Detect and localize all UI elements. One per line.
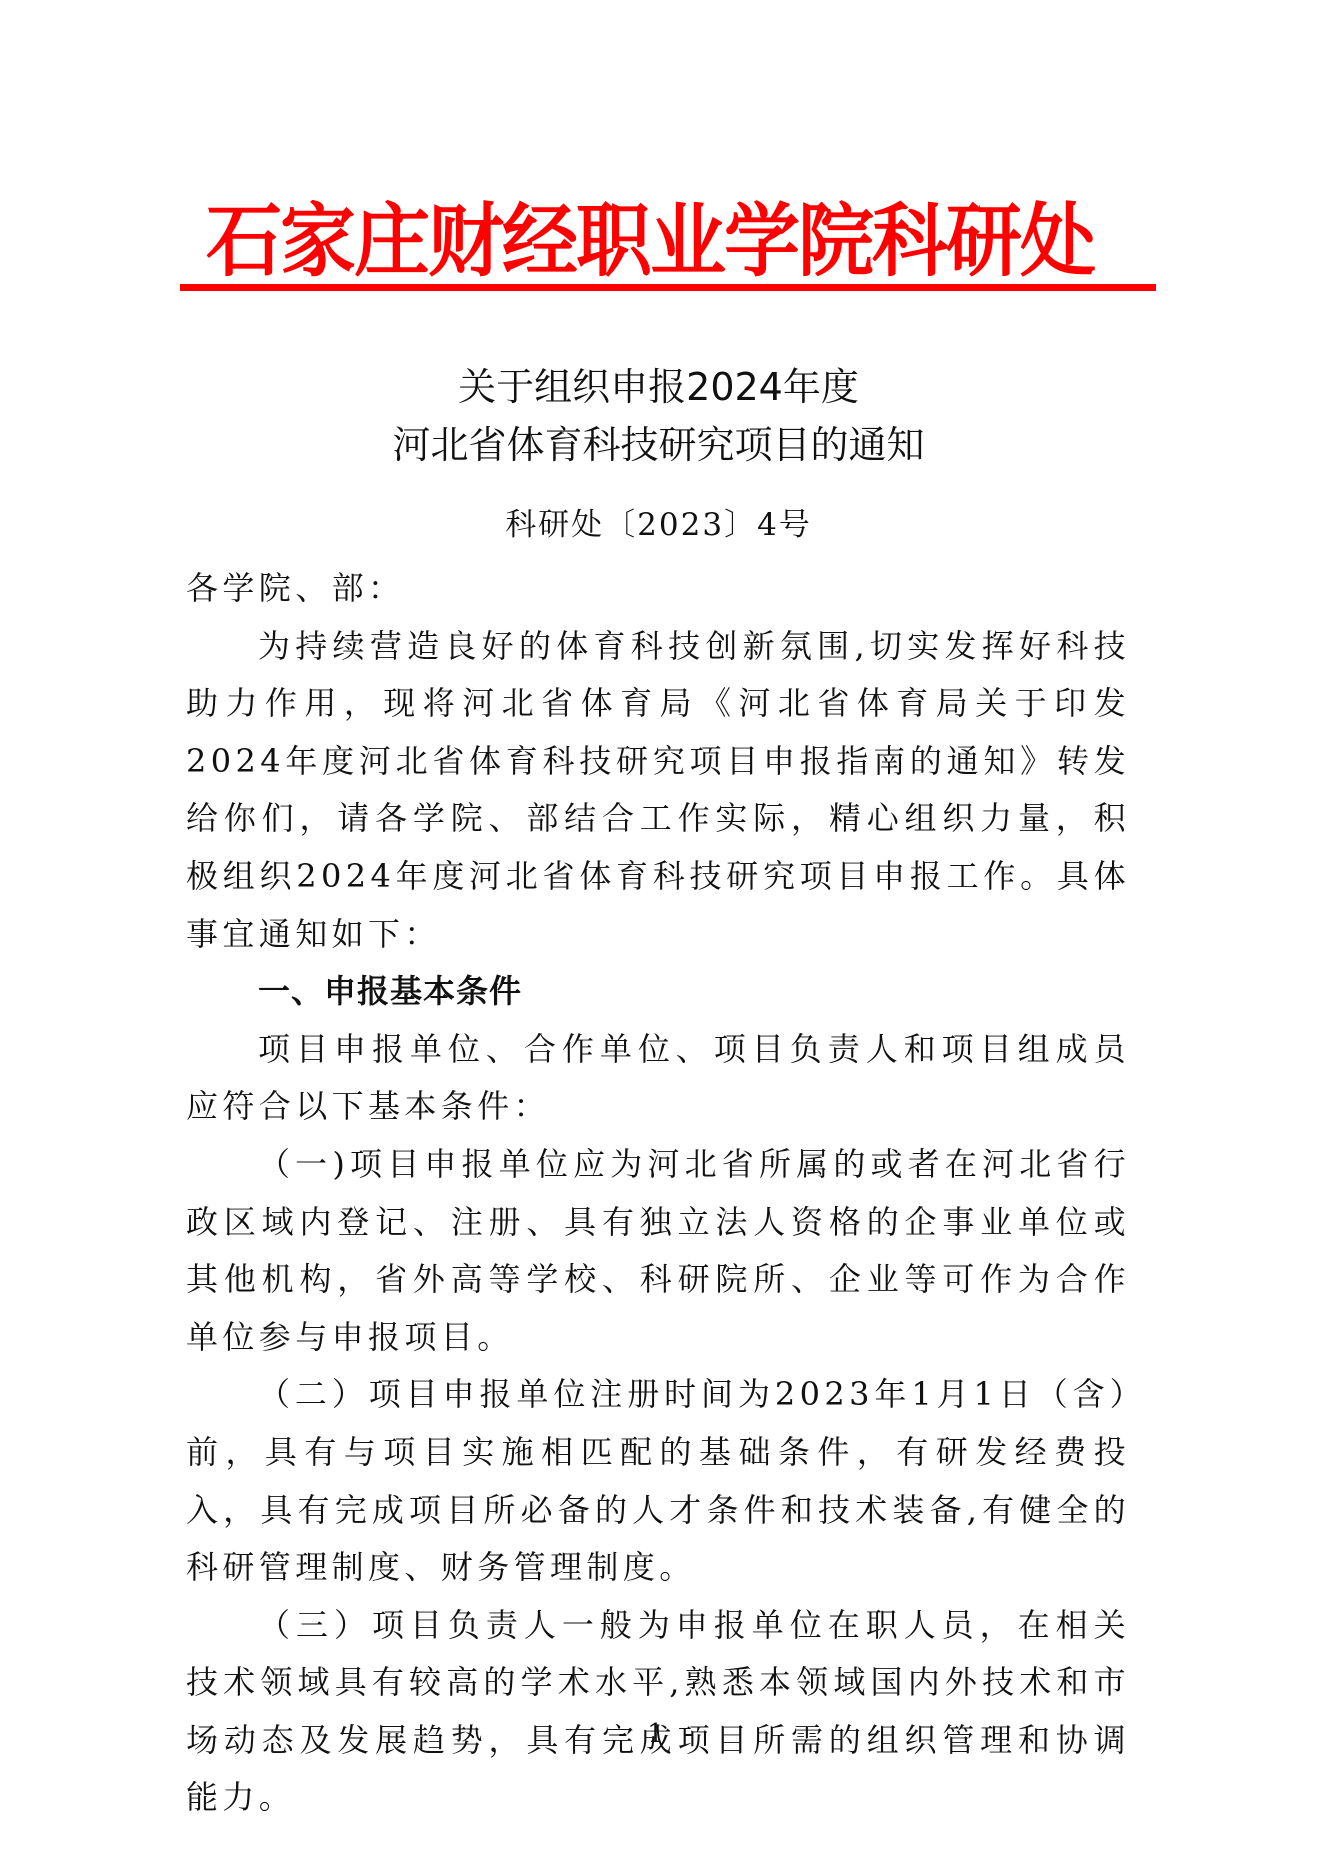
condition-2-paragraph: （二）项目申报单位注册时间为2023年1月1日（含）前，具有与项目实施相匹配的基… bbox=[186, 1366, 1130, 1596]
notice-title-line-1: 关于组织申报2024年度 bbox=[0, 358, 1317, 416]
notice-title: 关于组织申报2024年度 河北省体育科技研究项目的通知 bbox=[0, 358, 1317, 474]
masthead-title: 石家庄财经职业学院科研处 bbox=[190, 194, 1110, 289]
intro-paragraph: 为持续营造良好的体育科技创新氛围,切实发挥好科技助力作用，现将河北省体育局《河北… bbox=[186, 618, 1130, 964]
notice-body: 各学院、部： 为持续营造良好的体育科技创新氛围,切实发挥好科技助力作用，现将河北… bbox=[186, 560, 1130, 1827]
condition-1-paragraph: （一)项目申报单位应为河北省所属的或者在河北省行政区域内登记、注册、具有独立法人… bbox=[186, 1136, 1130, 1366]
section-heading-1: 一、申报基本条件 bbox=[186, 963, 1130, 1021]
page-number: - 1 - bbox=[0, 1716, 1317, 1752]
masthead-red-rule bbox=[180, 284, 1156, 291]
document-number: 科研处〔2023〕4号 bbox=[0, 503, 1317, 547]
salutation: 各学院、部： bbox=[186, 560, 1130, 618]
section-1-lead-paragraph: 项目申报单位、合作单位、项目负责人和项目组成员应符合以下基本条件： bbox=[186, 1021, 1130, 1136]
document-page: 石家庄财经职业学院科研处 关于组织申报2024年度 河北省体育科技研究项目的通知… bbox=[0, 0, 1317, 1865]
notice-title-line-2: 河北省体育科技研究项目的通知 bbox=[0, 416, 1317, 474]
condition-3-paragraph: （三）项目负责人一般为申报单位在职人员，在相关技术领域具有较高的学术水平,熟悉本… bbox=[186, 1597, 1130, 1827]
